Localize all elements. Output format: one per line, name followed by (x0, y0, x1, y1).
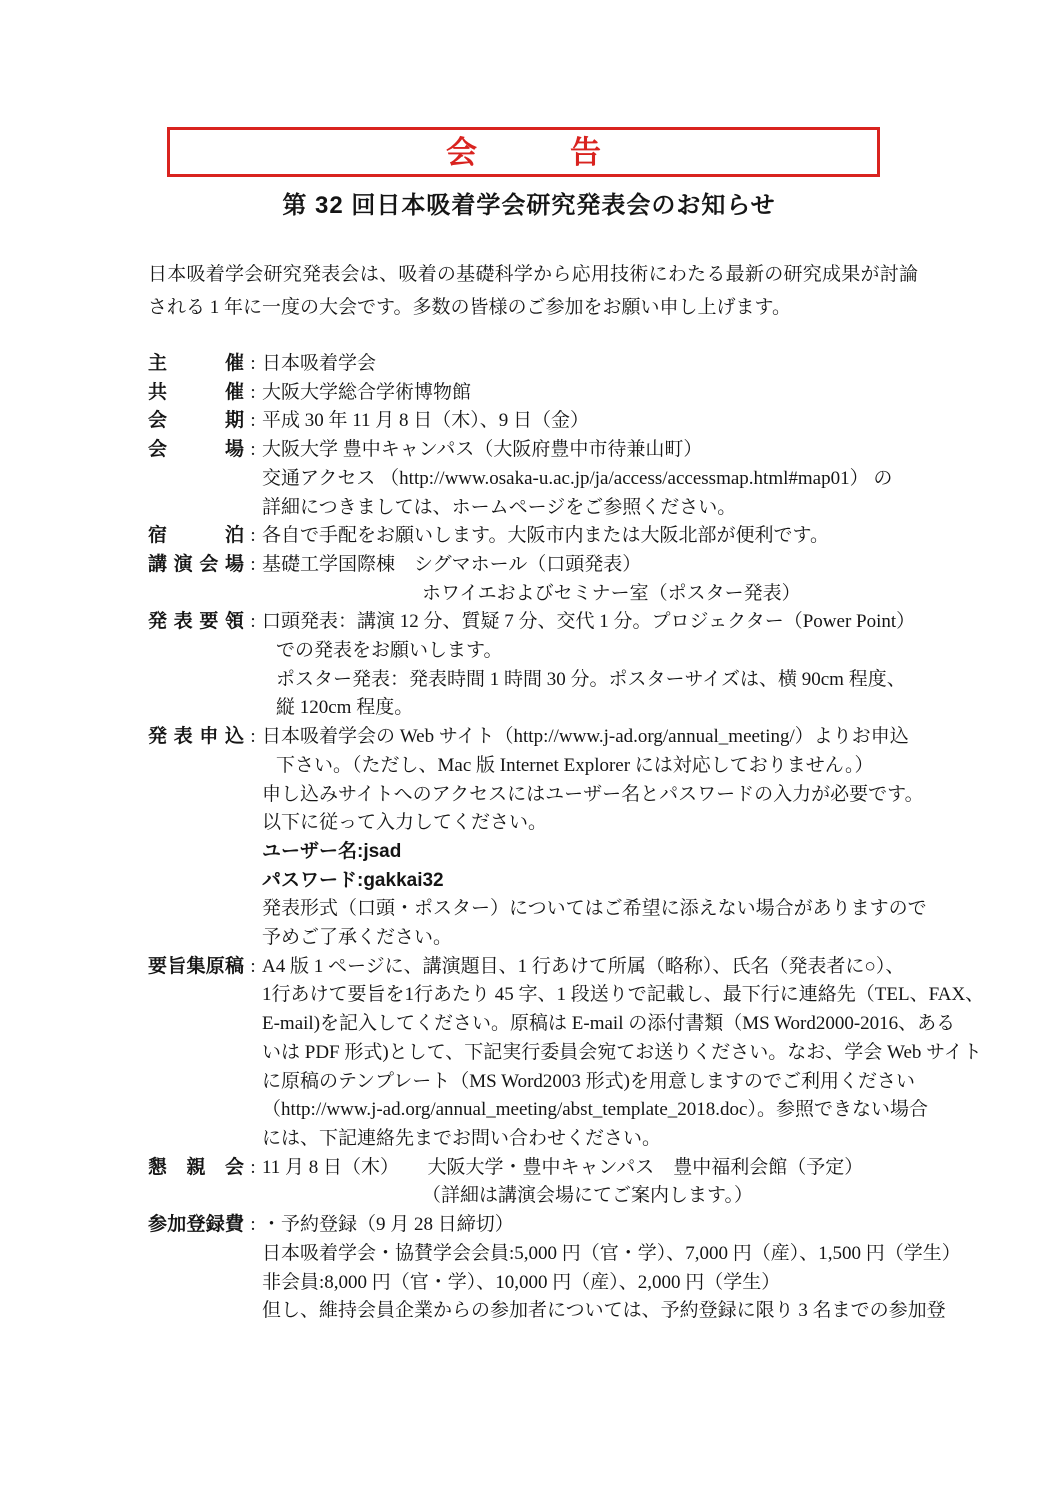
section-label: 発表申込 (148, 723, 244, 752)
notice-banner-text: 会 告 (446, 137, 601, 168)
section-line: 但し、維持会員企業からの参加者については、予約登録に限り 3 名までの参加登 (262, 1297, 1058, 1326)
section-line: 予めご了承ください。 (262, 924, 1058, 953)
section-row-4: 宿泊:各自で手配をお願いします。大阪市内または大阪北部が便利です。 (148, 522, 1058, 551)
section-line: パスワード:gakkai32 (262, 867, 1058, 896)
section-row-3: 会場:大阪大学 豊中キャンパス（大阪府豊中市待兼山町）交通アクセス （http:… (148, 436, 1058, 522)
page-title: 第 32 回日本吸着学会研究発表会のお知らせ (0, 190, 1058, 222)
section-line: ポスター発表：発表時間 1 時間 30 分。ポスターサイズは、横 90cm 程度… (262, 666, 1058, 695)
section-line: 非会員:8,000 円（官・学）、10,000 円（産）、2,000 円（学生） (262, 1269, 1058, 1298)
section-label-colon: : (244, 350, 262, 379)
section-row-10: 参加登録費:・予約登録（9 月 28 日締切）日本吸着学会・協賛学会会員:5,0… (148, 1211, 1058, 1326)
section-content: 大阪大学 豊中キャンパス（大阪府豊中市待兼山町）交通アクセス （http://w… (262, 436, 1058, 522)
section-label: 発表要領 (148, 608, 244, 637)
section-row-8: 要旨集原稿:A4 版 1 ページに、講演題目、1 行あけて所属（略称）、氏名（発… (148, 953, 1058, 1154)
section-line: ・予約登録（9 月 28 日締切） (262, 1211, 1058, 1240)
section-row-9: 懇親会:11 月 8 日（木） 大阪大学・豊中キャンパス 豊中福利会館（予定）（… (148, 1154, 1058, 1211)
section-label-colon: : (244, 1211, 262, 1240)
section-label: 要旨集原稿 (148, 953, 244, 982)
section-label-colon: : (244, 953, 262, 982)
section-line: 日本吸着学会・協賛学会会員:5,000 円（官・学）、7,000 円（産）、1,… (262, 1240, 1058, 1269)
section-label-colon: : (244, 379, 262, 408)
section-line: 1行あけて要旨を1行あたり 45 字、1 段送りで記載し、最下行に連絡先（TEL… (262, 981, 1058, 1010)
section-row-0: 主催:日本吸着学会 (148, 350, 1058, 379)
section-content: 口頭発表：講演 12 分、質疑 7 分、交代 1 分。プロジェクター（Power… (262, 608, 1058, 723)
section-content: A4 版 1 ページに、講演題目、1 行あけて所属（略称）、氏名（発表者に○）、… (262, 953, 1058, 1154)
section-content: 日本吸着学会の Web サイト（http://www.j-ad.org/annu… (262, 723, 1058, 953)
section-line: 大阪大学 豊中キャンパス（大阪府豊中市待兼山町） (262, 436, 1058, 465)
section-content: 各自で手配をお願いします。大阪市内または大阪北部が便利です。 (262, 522, 1058, 551)
section-line: 交通アクセス （http://www.osaka-u.ac.jp/ja/acce… (262, 465, 1058, 494)
section-line: 平成 30 年 11 月 8 日（木）、9 日（金） (262, 407, 1058, 436)
section-line: 下さい。（ただし、Mac 版 Internet Explorer には対応してお… (262, 752, 1058, 781)
section-content: 日本吸着学会 (262, 350, 1058, 379)
section-row-6: 発表要領:口頭発表：講演 12 分、質疑 7 分、交代 1 分。プロジェクター（… (148, 608, 1058, 723)
notice-sections: 主催:日本吸着学会共催:大阪大学総合学術博物館会期:平成 30 年 11 月 8… (148, 350, 1058, 1326)
section-label-colon: : (244, 436, 262, 465)
section-line: 発表形式（口頭・ポスター）についてはご希望に添えない場合がありますので (262, 895, 1058, 924)
section-label-colon: : (244, 522, 262, 551)
section-label-colon: : (244, 1154, 262, 1183)
section-label: 宿泊 (148, 522, 244, 551)
section-label-colon: : (244, 551, 262, 580)
section-line: （http://www.j-ad.org/annual_meeting/abst… (262, 1096, 1058, 1125)
section-line: 日本吸着学会 (262, 350, 1058, 379)
document-page: 会 告 第 32 回日本吸着学会研究発表会のお知らせ 日本吸着学会研究発表会は、… (0, 0, 1058, 1326)
section-line: 大阪大学総合学術博物館 (262, 379, 1058, 408)
notice-banner-box: 会 告 (167, 127, 880, 177)
section-line: 日本吸着学会の Web サイト（http://www.j-ad.org/annu… (262, 723, 1058, 752)
section-line: に原稿のテンプレート（MS Word2003 形式)を用意しますのでご利用くださ… (262, 1068, 1058, 1097)
section-row-7: 発表申込:日本吸着学会の Web サイト（http://www.j-ad.org… (148, 723, 1058, 953)
section-label: 懇親会 (148, 1154, 244, 1183)
section-line: 11 月 8 日（木） 大阪大学・豊中キャンパス 豊中福利会館（予定） (262, 1154, 1058, 1183)
section-line: E-mail)を記入してください。原稿は E-mail の添付書類（MS Wor… (262, 1010, 1058, 1039)
section-line: （詳細は講演会場にてご案内します。） (262, 1182, 1058, 1211)
section-line: 申し込みサイトへのアクセスにはユーザー名とパスワードの入力が必要です。 (262, 781, 1058, 810)
section-content: 11 月 8 日（木） 大阪大学・豊中キャンパス 豊中福利会館（予定）（詳細は講… (262, 1154, 1058, 1211)
section-label: 講演会場 (148, 551, 244, 580)
section-content: ・予約登録（9 月 28 日締切）日本吸着学会・協賛学会会員:5,000 円（官… (262, 1211, 1058, 1326)
section-label: 会期 (148, 407, 244, 436)
section-label: 会場 (148, 436, 244, 465)
section-line: 詳細につきましては、ホームページをご参照ください。 (262, 494, 1058, 523)
section-line: 口頭発表：講演 12 分、質疑 7 分、交代 1 分。プロジェクター（Power… (262, 608, 1058, 637)
intro-paragraph: 日本吸着学会研究発表会は、吸着の基礎科学から応用技術にわたる最新の研究成果が討論… (148, 258, 918, 324)
section-line: には、下記連絡先までお問い合わせください。 (262, 1125, 1058, 1154)
section-line: 各自で手配をお願いします。大阪市内または大阪北部が便利です。 (262, 522, 1058, 551)
section-content: 基礎工学国際棟 シグマホール（口頭発表）ホワイエおよびセミナー室（ポスター発表） (262, 551, 1058, 608)
section-label-colon: : (244, 407, 262, 436)
section-line: いは PDF 形式)として、下記実行委員会宛てお送りください。なお、学会 Web… (262, 1039, 1058, 1068)
section-label-colon: : (244, 723, 262, 752)
section-line: 以下に従って入力してください。 (262, 809, 1058, 838)
section-row-2: 会期:平成 30 年 11 月 8 日（木）、9 日（金） (148, 407, 1058, 436)
section-line: での発表をお願いします。 (262, 637, 1058, 666)
section-line: A4 版 1 ページに、講演題目、1 行あけて所属（略称）、氏名（発表者に○）、 (262, 953, 1058, 982)
section-line: 縦 120cm 程度。 (262, 694, 1058, 723)
section-content: 平成 30 年 11 月 8 日（木）、9 日（金） (262, 407, 1058, 436)
section-content: 大阪大学総合学術博物館 (262, 379, 1058, 408)
section-label: 参加登録費 (148, 1211, 244, 1240)
section-row-5: 講演会場:基礎工学国際棟 シグマホール（口頭発表）ホワイエおよびセミナー室（ポス… (148, 551, 1058, 608)
section-line: ユーザー名:jsad (262, 838, 1058, 867)
section-row-1: 共催:大阪大学総合学術博物館 (148, 379, 1058, 408)
section-line: ホワイエおよびセミナー室（ポスター発表） (262, 580, 1058, 609)
section-label-colon: : (244, 608, 262, 637)
section-label: 共催 (148, 379, 244, 408)
section-line: 基礎工学国際棟 シグマホール（口頭発表） (262, 551, 1058, 580)
section-label: 主催 (148, 350, 244, 379)
